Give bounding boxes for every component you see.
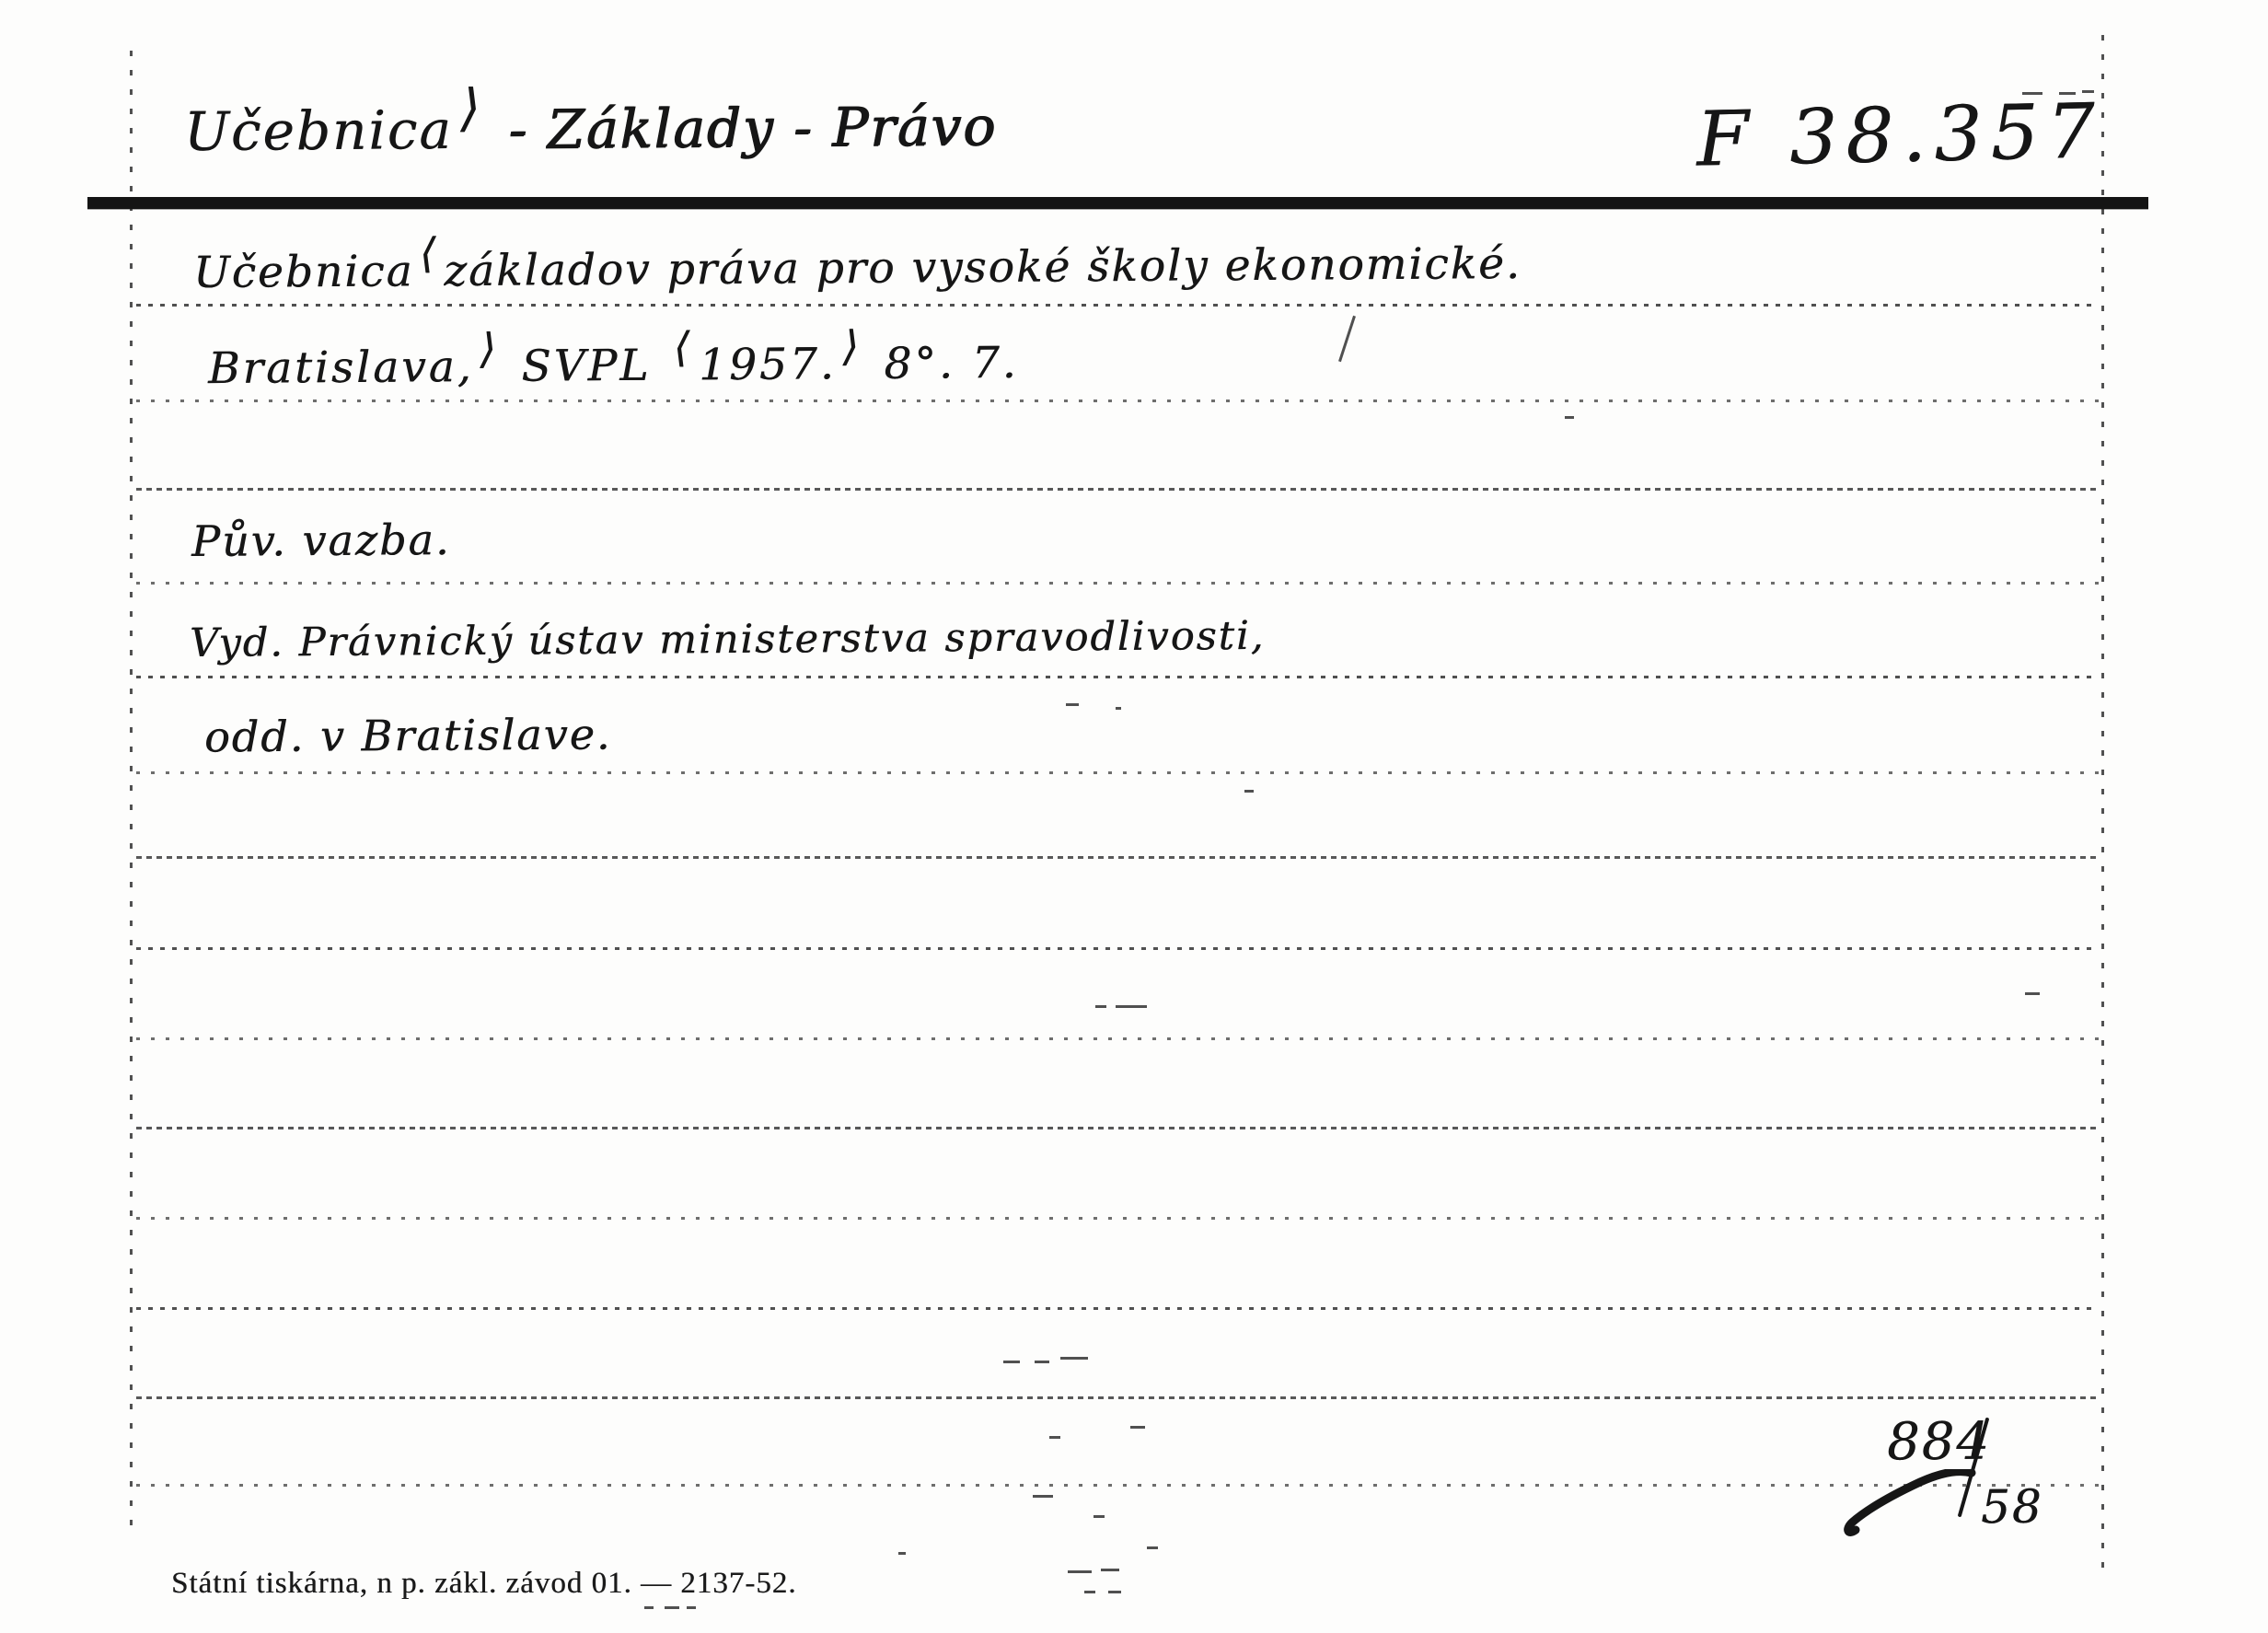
imprint-place: Bratislava,	[208, 342, 474, 394]
scan-noise-mark	[1147, 1546, 1158, 1549]
ruled-line	[136, 1396, 2099, 1399]
scan-noise-mark	[2025, 992, 2040, 995]
checkmark-annotation	[1843, 1469, 1981, 1543]
scan-noise-mark	[1003, 1361, 1020, 1363]
ruled-line	[136, 488, 2099, 491]
scan-noise-mark	[1084, 1591, 1095, 1593]
scan-noise-mark	[1101, 1569, 1119, 1571]
scan-noise-mark	[2082, 90, 2094, 93]
scan-noise-mark	[1035, 1361, 1049, 1363]
scan-noise-mark	[1565, 416, 1574, 419]
imprint-publisher: SVPL	[521, 341, 651, 392]
title-word: Učebnica	[193, 246, 414, 298]
scan-noise-mark	[1049, 1436, 1060, 1439]
ruled-line	[136, 856, 2099, 859]
heading-divider-line	[87, 197, 2148, 209]
scan-noise-mark	[1066, 703, 1079, 706]
binding-note: Pův. vazba.	[191, 515, 451, 566]
ruled-line	[136, 1037, 2099, 1040]
catalog-card-scan: Učebnica⟩ - Základy - Právo F 38.357 Uče…	[0, 0, 2268, 1633]
imprint-year: 1957.	[699, 339, 837, 390]
insertion-caret-icon: ⟩	[480, 325, 499, 373]
insertion-caret-icon: ⟩	[460, 78, 482, 137]
scan-noise-mark	[665, 1606, 679, 1609]
title-rest: základov práva pro vysoké školy ekonomic…	[444, 238, 1522, 296]
ruled-line	[136, 676, 2099, 678]
scan-noise-mark	[1093, 1515, 1105, 1518]
accession-year: 58	[1981, 1480, 2043, 1534]
scan-noise-mark	[898, 1552, 906, 1555]
scan-noise-mark	[687, 1606, 696, 1609]
left-margin-dotted-line	[130, 51, 133, 1528]
publisher-note-line-2: odd. v Bratislave.	[204, 709, 612, 761]
title-line: Učebnica⟨základov práva pro vysoké školy…	[193, 238, 1522, 298]
scan-noise-mark	[1338, 316, 1356, 362]
ruled-line	[136, 1217, 2099, 1220]
scan-noise-mark	[1244, 790, 1254, 793]
scan-noise-mark	[1060, 1357, 1088, 1360]
scan-noise-mark	[2059, 92, 2076, 95]
imprint-line: Bratislava,⟩ SVPL ⟨1957.⟩ 8°. 7.	[208, 338, 1019, 394]
imprint-format: 8°. 7.	[884, 338, 1019, 389]
insertion-caret-icon: ⟨	[674, 323, 693, 371]
scan-noise-mark	[1116, 1005, 1147, 1008]
call-number: F 38.357	[1695, 87, 2104, 183]
ruled-line	[136, 582, 2099, 585]
insertion-caret-icon: ⟨	[420, 229, 438, 277]
ruled-line	[136, 1127, 2099, 1129]
scan-noise-mark	[1108, 1591, 1121, 1593]
scan-noise-mark	[1130, 1426, 1145, 1429]
scan-noise-mark	[2022, 92, 2042, 95]
right-margin-dotted-line	[2101, 35, 2104, 1579]
publisher-note-line-1: Vyd. Právnický ústav ministerstva spravo…	[190, 613, 1266, 666]
scan-noise-mark	[1068, 1570, 1092, 1573]
ruled-line	[136, 304, 2099, 307]
ruled-line	[136, 947, 2099, 950]
scan-noise-mark	[1116, 707, 1121, 710]
printer-imprint: Státní tiskárna, n p. zákl. závod 01. — …	[171, 1567, 796, 1601]
ruled-line	[136, 400, 2099, 402]
scan-noise-mark	[1095, 1005, 1106, 1008]
ruled-line	[136, 1307, 2099, 1310]
subject-heading-word: Učebnica	[184, 98, 453, 163]
insertion-caret-icon: ⟩	[842, 322, 862, 370]
scan-noise-mark	[644, 1606, 654, 1609]
ruled-line	[136, 1484, 2099, 1487]
subject-heading-tracings: - Základy - Právo	[508, 95, 997, 161]
ruled-line	[136, 771, 2099, 774]
scan-noise-mark	[1033, 1495, 1053, 1498]
subject-heading: Učebnica⟩ - Základy - Právo	[184, 95, 997, 163]
